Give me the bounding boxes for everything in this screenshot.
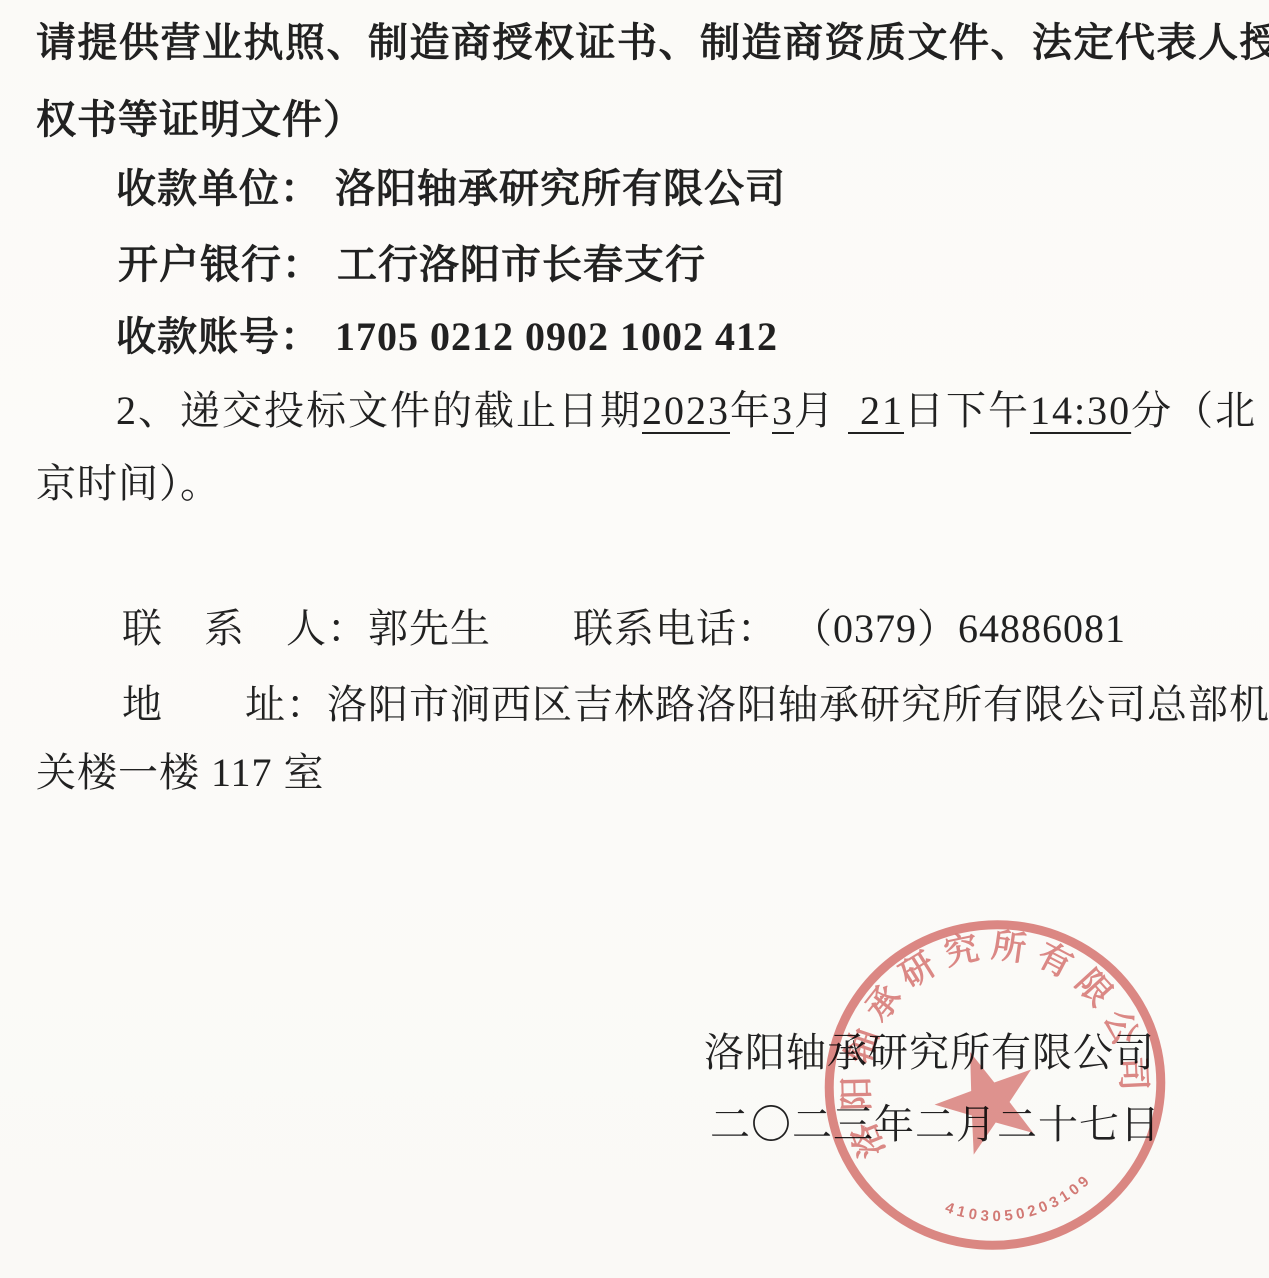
account-line: 收款账号：1705 0212 0902 1002 412 — [116, 312, 778, 362]
deadline-line: 2、递交投标文件的截止日期2023年3月 21日下午14:30分（北 — [116, 386, 1257, 436]
address-label: 地 址： — [122, 682, 327, 727]
contact-person-label: 联 系 人： — [122, 606, 368, 651]
deadline-day: 21 — [848, 388, 904, 433]
payee-label: 收款单位： — [116, 166, 321, 211]
seal-star-icon — [922, 1034, 1052, 1161]
bank-value: 工行洛阳市长春支行 — [337, 242, 706, 287]
payee-value: 洛阳轴承研究所有限公司 — [335, 166, 786, 211]
contact-phone-label: 联系电话： — [573, 606, 778, 651]
contact-phone: （0379）64886081 — [812, 606, 1126, 651]
bank-line: 开户银行：工行洛阳市长春支行 — [118, 240, 706, 290]
company-seal-stamp: 洛阳轴承研究所有限公司 4103050203109 — [815, 905, 1175, 1265]
deadline-month-unit: 月 — [794, 388, 848, 433]
deadline-month: 3 — [772, 388, 794, 433]
address-value-1: 洛阳市涧西区吉林路洛阳轴承研究所有限公司总部机 — [327, 682, 1269, 727]
intro-line-2: 权书等证明文件） — [36, 95, 364, 145]
deadline-time-unit: 分（北 — [1131, 388, 1257, 433]
address-line-1: 地 址：洛阳市涧西区吉林路洛阳轴承研究所有限公司总部机 — [122, 680, 1269, 730]
bank-label: 开户银行： — [118, 242, 323, 287]
account-label: 收款账号： — [116, 314, 321, 359]
deadline-year: 2023 — [642, 388, 730, 433]
contact-person: 郭先生 — [368, 606, 491, 651]
account-value: 1705 0212 0902 1002 412 — [335, 314, 778, 359]
deadline-wrap-line: 京时间）。 — [36, 459, 221, 509]
intro-line-1: 请提供营业执照、制造商授权证书、制造商资质文件、法定代表人授 — [36, 18, 1269, 68]
contact-line: 联 系 人：郭先生联系电话：（0379）64886081 — [122, 604, 1126, 654]
deadline-prefix: 2、递交投标文件的截止日期 — [116, 388, 642, 433]
address-line-2: 关楼一楼 117 室 — [36, 748, 325, 798]
deadline-time: 14:30 — [1030, 388, 1131, 433]
payee-line: 收款单位：洛阳轴承研究所有限公司 — [116, 164, 786, 214]
deadline-year-unit: 年 — [730, 388, 772, 433]
scanned-document-page: 请提供营业执照、制造商授权证书、制造商资质文件、法定代表人授 权书等证明文件） … — [0, 0, 1269, 1278]
seal-group: 洛阳轴承研究所有限公司 4103050203109 — [815, 905, 1175, 1265]
deadline-day-unit: 日下午 — [904, 388, 1030, 433]
